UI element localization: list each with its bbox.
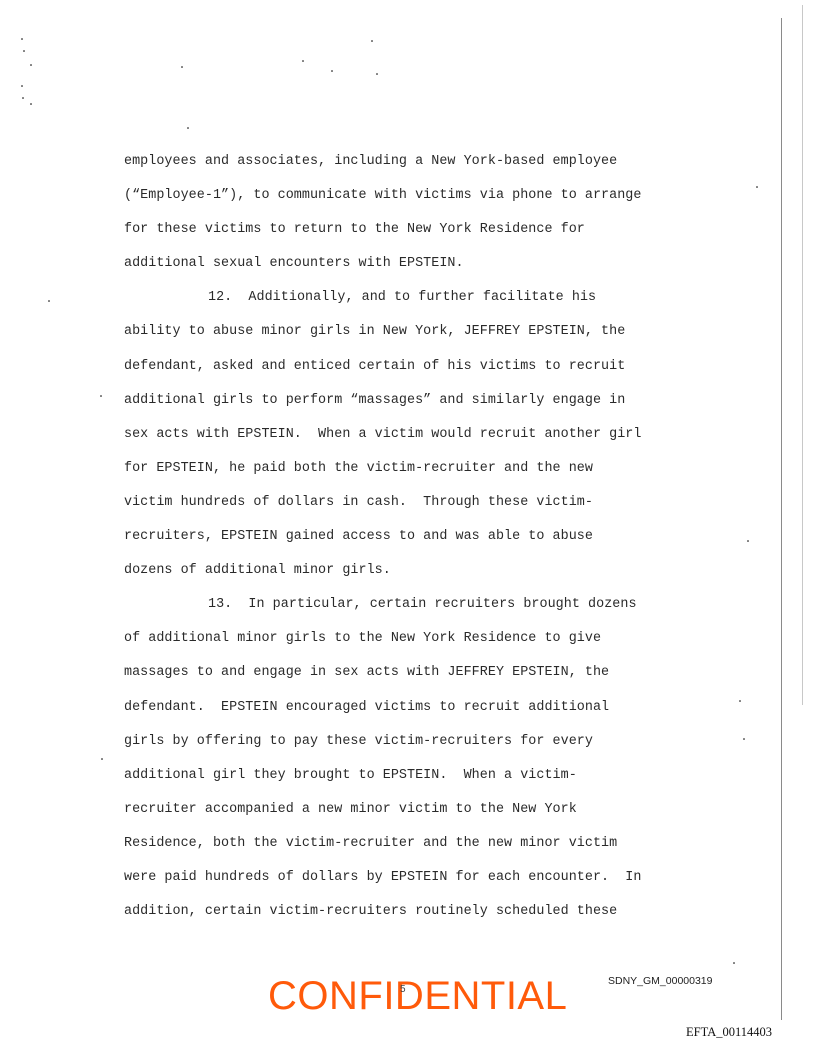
text-line: additional girl they brought to EPSTEIN.… (124, 759, 764, 793)
text-line: defendant. EPSTEIN encouraged victims to… (124, 691, 764, 725)
scan-edge-line-faint (802, 5, 803, 705)
text-line: defendant, asked and enticed certain of … (124, 350, 764, 384)
text-line: recruiters, EPSTEIN gained access to and… (124, 520, 764, 554)
page-number: 5 (400, 984, 406, 995)
scan-speck (30, 103, 32, 105)
paragraph-13-start: 13. In particular, certain recruiters br… (124, 588, 764, 622)
scan-speck (331, 70, 333, 72)
scan-speck (181, 66, 183, 68)
text-line: sex acts with EPSTEIN. When a victim wou… (124, 418, 764, 452)
scan-speck (30, 64, 32, 66)
scan-edge-line (781, 18, 782, 1020)
document-body: employees and associates, including a Ne… (124, 145, 764, 929)
text-line: for EPSTEIN, he paid both the victim-rec… (124, 452, 764, 486)
confidential-stamp: CONFIDENTIAL (268, 974, 567, 1018)
text-line: massages to and engage in sex acts with … (124, 656, 764, 690)
scan-speck (100, 395, 102, 397)
scan-speck (101, 758, 103, 760)
scan-speck (21, 85, 23, 87)
text-line: recruiter accompanied a new minor victim… (124, 793, 764, 827)
text-line: (“Employee-1”), to communicate with vict… (124, 179, 764, 213)
text-line: victim hundreds of dollars in cash. Thro… (124, 486, 764, 520)
scan-speck (22, 97, 24, 99)
text-line: of additional minor girls to the New Yor… (124, 622, 764, 656)
text-line: additional sexual encounters with EPSTEI… (124, 247, 764, 281)
text-line: addition, certain victim-recruiters rout… (124, 895, 764, 929)
document-page: employees and associates, including a Ne… (0, 0, 817, 1056)
paragraph-12-start: 12. Additionally, and to further facilit… (124, 281, 764, 315)
bates-number-efta: EFTA_00114403 (686, 1025, 772, 1040)
text-line: dozens of additional minor girls. (124, 554, 764, 588)
text-line: Residence, both the victim-recruiter and… (124, 827, 764, 861)
bates-number-sdny: SDNY_GM_00000319 (608, 975, 712, 987)
text-line: were paid hundreds of dollars by EPSTEIN… (124, 861, 764, 895)
text-line: girls by offering to pay these victim-re… (124, 725, 764, 759)
scan-speck (21, 38, 23, 40)
text-line: for these victims to return to the New Y… (124, 213, 764, 247)
scan-speck (302, 60, 304, 62)
scan-speck (23, 50, 25, 52)
scan-speck (187, 127, 189, 129)
scan-speck (376, 73, 378, 75)
text-line: employees and associates, including a Ne… (124, 145, 764, 179)
scan-speck (733, 962, 735, 964)
text-line: ability to abuse minor girls in New York… (124, 315, 764, 349)
text-line: additional girls to perform “massages” a… (124, 384, 764, 418)
scan-speck (48, 300, 50, 302)
scan-speck (371, 40, 373, 42)
